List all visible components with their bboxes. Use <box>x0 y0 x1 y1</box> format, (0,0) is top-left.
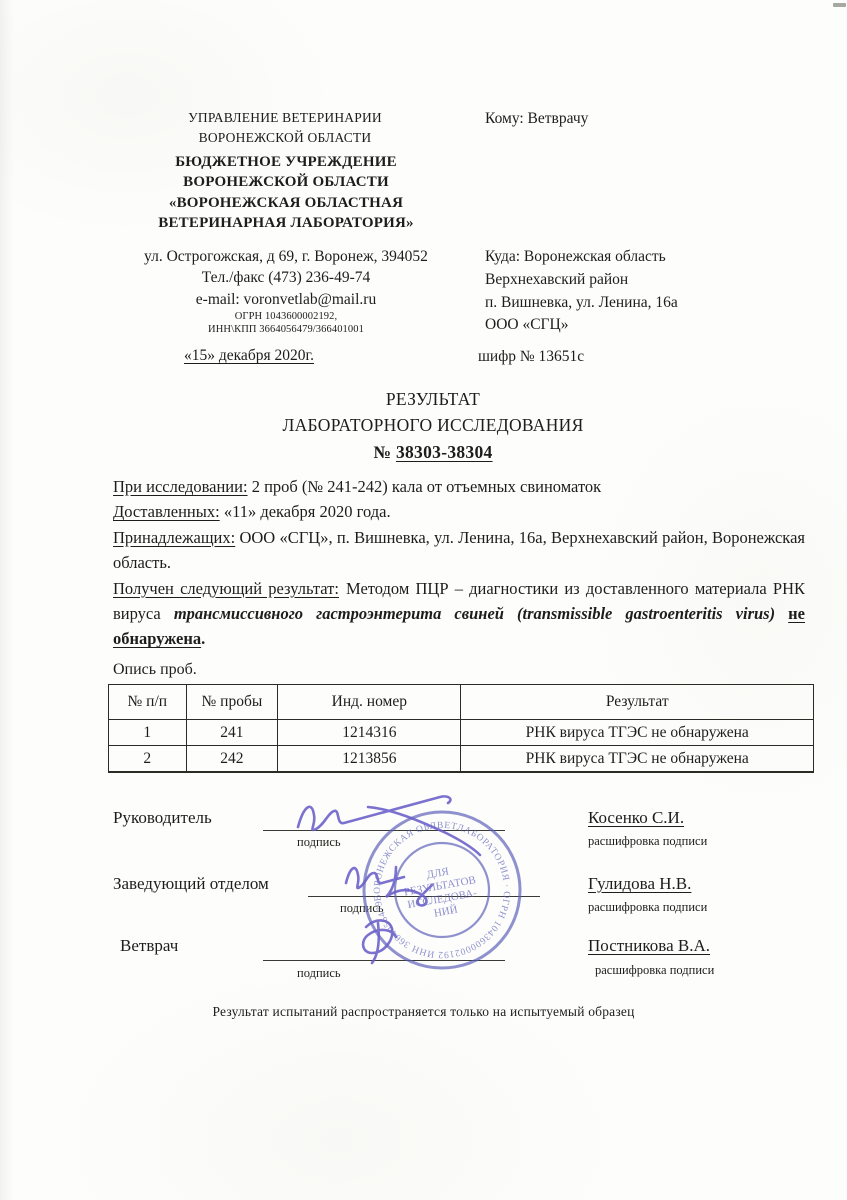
recipient-line: ООО «СГЦ» <box>485 314 678 337</box>
table-header-cell: № п/п <box>109 685 187 720</box>
addressee-line: Кому: Ветврачу <box>485 110 588 128</box>
document-number: № 38303-38304 <box>113 439 753 465</box>
scanned-document-page: УПРАВЛЕНИЕ ВЕТЕРИНАРИИ ВОРОНЕЖСКОЙ ОБЛАС… <box>0 0 847 1200</box>
table-row: 2 242 1213856 РНК вируса ТГЭС не обнаруж… <box>109 746 814 773</box>
name-caption: расшифровка подписи <box>588 834 707 849</box>
table-header-cell: № пробы <box>186 685 278 720</box>
signature-stroke-director <box>368 807 480 855</box>
phone-line: Тел./факс (473) 236-49-74 <box>108 267 464 288</box>
ogrn-line: ОГРН 1043600002192, <box>108 310 464 323</box>
org-line: БЮДЖЕТНОЕ УЧРЕЖДЕНИЕ <box>108 152 464 172</box>
org-line: ВОРОНЕЖСКОЙ ОБЛАСТИ <box>108 172 464 192</box>
findings-line: Принадлежащих: ООО «СГЦ», п. Вишневка, у… <box>113 525 805 576</box>
findings-text: «11» декабря 2020 года. <box>220 502 391 521</box>
findings-text: . <box>201 629 205 648</box>
name-caption: расшифровка подписи <box>595 963 714 978</box>
table-cell: 1 <box>109 720 187 746</box>
handwritten-signatures <box>250 775 580 995</box>
footer-disclaimer: Результат испытаний распространяется тол… <box>0 1004 847 1020</box>
recipient-line: Верхнехавский район <box>485 269 678 292</box>
signature-stroke-vet <box>363 920 396 963</box>
table-cell: 2 <box>109 746 187 773</box>
findings-section: При исследовании: 2 проб (№ 241-242) кал… <box>113 474 805 652</box>
department-header: УПРАВЛЕНИЕ ВЕТЕРИНАРИИ ВОРОНЕЖСКОЙ ОБЛАС… <box>120 108 450 147</box>
table-header-cell: Инд. номер <box>278 685 461 720</box>
scan-edge-shadow <box>0 0 14 1200</box>
org-line: «ВОРОНЕЖСКАЯ ОБЛАСТНАЯ <box>108 193 464 213</box>
title-line: ЛАБОРАТОРНОГО ИССЛЕДОВАНИЯ <box>113 412 753 438</box>
table-header-cell: Результат <box>461 685 814 720</box>
findings-label: Принадлежащих: <box>113 528 235 547</box>
table-cell: 1213856 <box>278 746 461 773</box>
scan-artifact-dash <box>833 3 846 7</box>
findings-line: Доставленных: «11» декабря 2020 года. <box>113 499 805 524</box>
recipient-line: Куда: Воронежская область <box>485 246 678 269</box>
table-cell: РНК вируса ТГЭС не обнаружена <box>461 720 814 746</box>
organization-contacts: ул. Острогожская, д 69, г. Воронеж, 3940… <box>108 246 464 336</box>
findings-label: Доставленных: <box>113 502 220 521</box>
table-cell: 1214316 <box>278 720 461 746</box>
number-value: 38303-38304 <box>396 442 493 462</box>
findings-line: При исследовании: 2 проб (№ 241-242) кал… <box>113 474 805 499</box>
findings-result-line: Получен следующий результат:Методом ПЦР … <box>113 576 805 652</box>
org-line: ВЕТЕРИНАРНАЯ ЛАБОРАТОРИЯ» <box>108 213 464 233</box>
table-cell: РНК вируса ТГЭС не обнаружена <box>461 746 814 773</box>
signer-name: Постникова В.А. <box>588 936 710 956</box>
signer-role: Заведующий отделом <box>113 874 269 894</box>
signer-name: Гулидова Н.В. <box>588 874 691 894</box>
signer-role: Ветврач <box>120 936 178 956</box>
department-line: ВОРОНЕЖСКОЙ ОБЛАСТИ <box>120 128 450 148</box>
document-date: «15» декабря 2020г. <box>184 347 314 365</box>
findings-label: Получен следующий результат: <box>113 579 339 598</box>
findings-text: 2 проб (№ 241-242) кала от отъемных свин… <box>248 477 602 496</box>
samples-section-label: Опись проб. <box>113 661 197 679</box>
recipient-address: Куда: Воронежская область Верхнехавский … <box>485 246 678 337</box>
cipher-number: шифр № 13651с <box>478 348 584 366</box>
table-row: 1 241 1214316 РНК вируса ТГЭС не обнаруж… <box>109 720 814 746</box>
signer-role: Руководитель <box>113 808 212 828</box>
document-title: РЕЗУЛЬТАТ ЛАБОРАТОРНОГО ИССЛЕДОВАНИЯ № 3… <box>113 386 753 465</box>
signature-stroke-head <box>346 867 432 905</box>
department-line: УПРАВЛЕНИЕ ВЕТЕРИНАРИИ <box>120 108 450 128</box>
name-caption: расшифровка подписи <box>588 900 707 915</box>
findings-label: При исследовании: <box>113 477 248 496</box>
email-line: e-mail: voronvetlab@mail.ru <box>108 289 464 310</box>
address-line: ул. Острогожская, д 69, г. Воронеж, 3940… <box>108 246 464 267</box>
number-prefix: № <box>373 442 396 462</box>
table-header-row: № п/п № пробы Инд. номер Результат <box>109 685 814 720</box>
organization-name: БЮДЖЕТНОЕ УЧРЕЖДЕНИЕ ВОРОНЕЖСКОЙ ОБЛАСТИ… <box>108 152 464 233</box>
title-line: РЕЗУЛЬТАТ <box>113 386 753 412</box>
table-cell: 241 <box>186 720 278 746</box>
virus-name: трансмиссивного гастроэнтерита свиней (t… <box>174 604 775 623</box>
table-cell: 242 <box>186 746 278 773</box>
inn-line: ИНН\КПП 3664056479/366401001 <box>108 323 464 336</box>
recipient-line: п. Вишневка, ул. Ленина, 16а <box>485 292 678 315</box>
samples-table: № п/п № пробы Инд. номер Результат 1 241… <box>108 684 814 773</box>
signer-name: Косенко С.И. <box>588 808 684 828</box>
